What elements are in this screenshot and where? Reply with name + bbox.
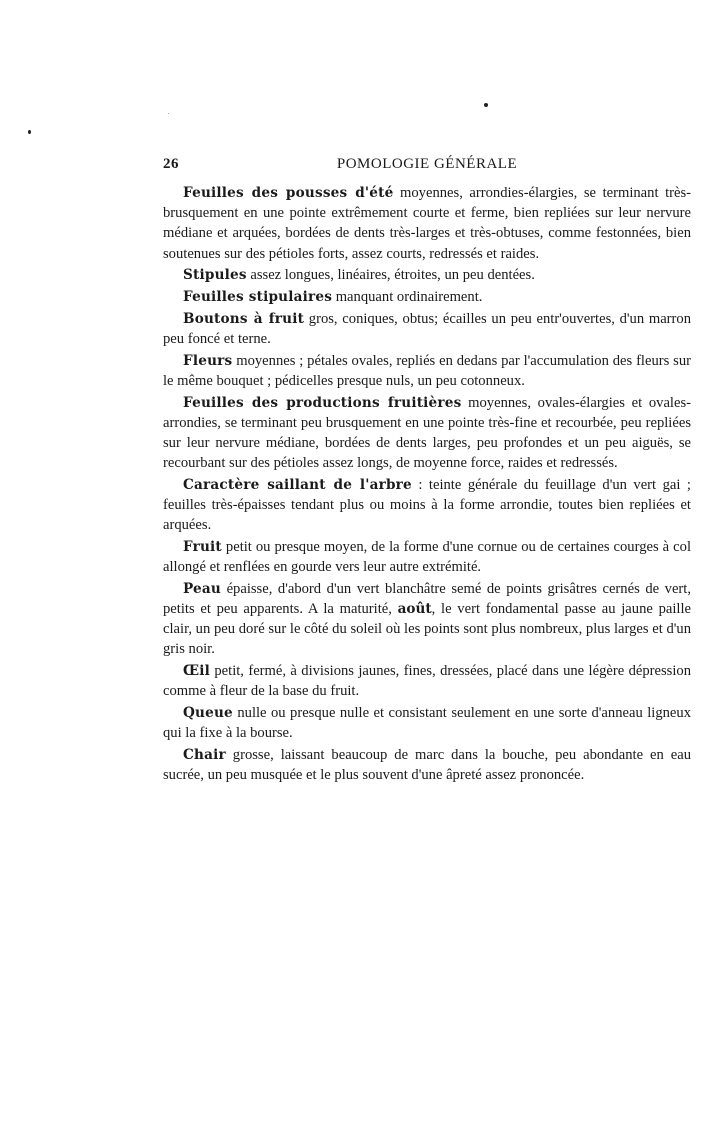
paragraph-oeil: Œil petit, fermé, à divisions jaunes, fi…: [163, 661, 691, 701]
term-label: Boutons à fruit: [183, 311, 304, 327]
scan-speck: [484, 103, 488, 107]
term-label: Feuilles des pousses d'été: [183, 185, 393, 201]
paragraph-text: petit ou presque moyen, de la forme d'un…: [163, 539, 691, 575]
running-title: POMOLOGIE GÉNÉRALE: [163, 156, 691, 173]
paragraph-queue: Queue nulle ou presque nulle et consista…: [163, 703, 691, 743]
ripening-month: août: [398, 601, 432, 617]
paragraph-feuilles-pousses: Feuilles des pousses d'été moyennes, arr…: [163, 183, 691, 264]
paragraph-fleurs: Fleurs moyennes ; pétales ovales, replié…: [163, 351, 691, 391]
scan-speck: [168, 113, 169, 114]
scan-speck: [28, 130, 31, 134]
paragraph-fruit: Fruit petit ou presque moyen, de la form…: [163, 537, 691, 577]
paragraph-text: assez longues, linéaires, étroites, un p…: [247, 267, 535, 283]
paragraph-stipules: Stipules assez longues, linéaires, étroi…: [163, 265, 691, 285]
paragraph-text: petit, fermé, à divisions jaunes, fines,…: [163, 663, 691, 699]
paragraph-peau: Peau épaisse, d'abord d'un vert blanchât…: [163, 579, 691, 660]
paragraph-boutons: Boutons à fruit gros, coniques, obtus; é…: [163, 309, 691, 349]
term-label: Œil: [183, 663, 210, 679]
document-page: 26 POMOLOGIE GÉNÉRALE Feuilles des pouss…: [163, 156, 691, 787]
term-label: Feuilles stipulaires: [183, 289, 332, 305]
paragraph-caractere: Caractère saillant de l'arbre : teinte g…: [163, 475, 691, 536]
term-label: Stipules: [183, 267, 247, 283]
paragraph-text: moyennes ; pétales ovales, repliés en de…: [163, 353, 691, 389]
term-label: Feuilles des productions fruitières: [183, 395, 461, 411]
term-label: Fruit: [183, 539, 222, 555]
term-label: Fleurs: [183, 353, 232, 369]
term-label: Queue: [183, 705, 233, 721]
term-label: Chair: [183, 747, 226, 763]
paragraph-chair: Chair grosse, laissant beaucoup de marc …: [163, 745, 691, 785]
paragraph-text: grosse, laissant beaucoup de marc dans l…: [163, 747, 691, 783]
body-text: Feuilles des pousses d'été moyennes, arr…: [163, 183, 691, 785]
term-label: Caractère saillant de l'arbre: [183, 477, 412, 493]
paragraph-text: nulle ou presque nulle et consistant seu…: [163, 705, 691, 741]
paragraph-feuilles-stipulaires: Feuilles stipulaires manquant ordinairem…: [163, 287, 691, 307]
running-header: 26 POMOLOGIE GÉNÉRALE: [163, 156, 691, 178]
term-label: Peau: [183, 581, 221, 597]
paragraph-feuilles-productions: Feuilles des productions fruitières moye…: [163, 393, 691, 474]
paragraph-text: manquant ordinairement.: [332, 289, 482, 305]
